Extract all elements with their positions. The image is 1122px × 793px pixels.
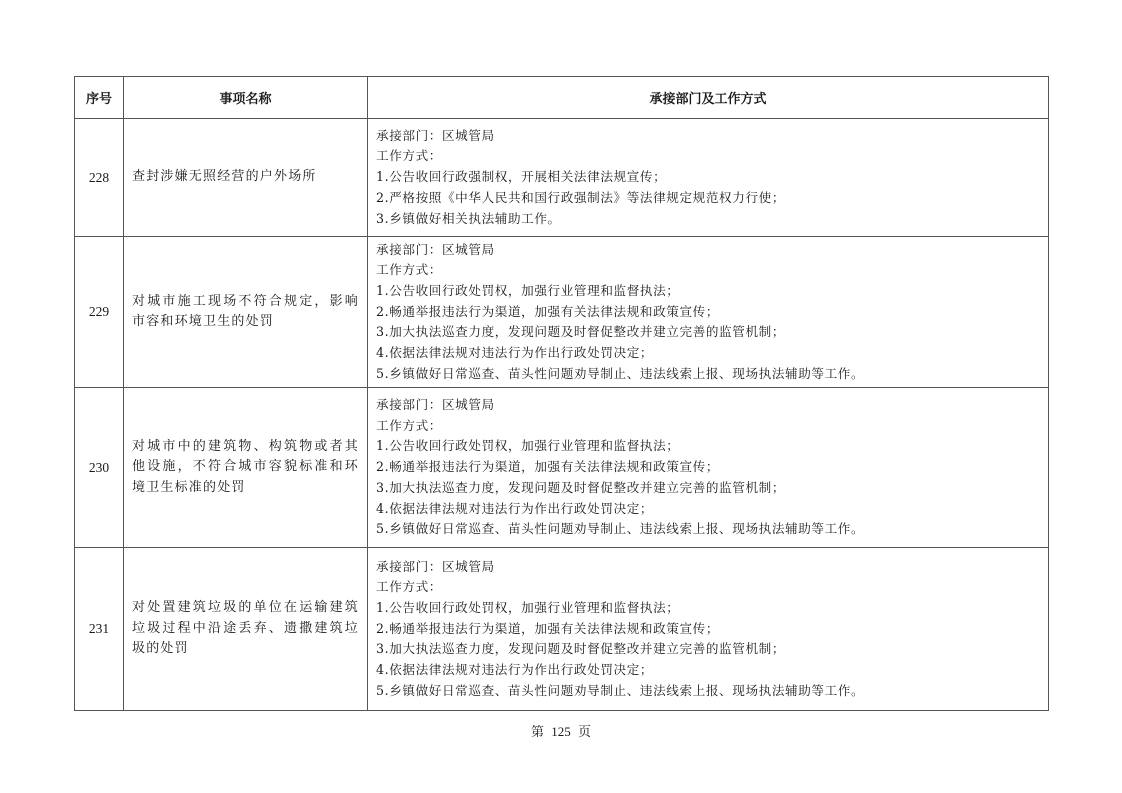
matter-name: 对城市中的建筑物、构筑物或者其他设施，不符合城市容貌标准和环境卫生标准的处罚 xyxy=(124,388,368,548)
department-line: 承接部门：区城管局 xyxy=(376,126,1048,147)
method-heading: 工作方式： xyxy=(376,577,1048,598)
method-item: 2.畅通举报违法行为渠道，加强有关法律法规和政策宣传； xyxy=(376,302,1048,323)
department-and-method: 承接部门：区城管局 工作方式： 1.公告收回行政处罚权，加强行业管理和监督执法；… xyxy=(368,548,1049,711)
serial-number: 230 xyxy=(75,388,124,548)
method-item: 1.公告收回行政处罚权，加强行业管理和监督执法； xyxy=(376,436,1048,457)
page-number: 第 125 页 xyxy=(0,721,1122,740)
matters-table: 序号 事项名称 承接部门及工作方式 228 查封涉嫌无照经营的户外场所 承接部门… xyxy=(74,76,1049,711)
method-item: 3.加大执法巡查力度，发现问题及时督促整改并建立完善的监管机制； xyxy=(376,639,1048,660)
method-item: 1.公告收回行政处罚权，加强行业管理和监督执法； xyxy=(376,598,1048,619)
table-row: 229 对城市施工现场不符合规定，影响市容和环境卫生的处罚 承接部门：区城管局 … xyxy=(75,237,1049,388)
table-row: 228 查封涉嫌无照经营的户外场所 承接部门：区城管局 工作方式： 1.公告收回… xyxy=(75,119,1049,237)
method-heading: 工作方式： xyxy=(376,260,1048,281)
method-item: 1.公告收回行政强制权，开展相关法律法规宣传； xyxy=(376,167,1048,188)
department-and-method: 承接部门：区城管局 工作方式： 1.公告收回行政处罚权，加强行业管理和监督执法；… xyxy=(368,237,1049,388)
department-and-method: 承接部门：区城管局 工作方式： 1.公告收回行政处罚权，加强行业管理和监督执法；… xyxy=(368,388,1049,548)
matter-name: 对城市施工现场不符合规定，影响市容和环境卫生的处罚 xyxy=(124,237,368,388)
department-line: 承接部门：区城管局 xyxy=(376,395,1048,416)
method-item: 2.畅通举报违法行为渠道，加强有关法律法规和政策宣传； xyxy=(376,457,1048,478)
table-row: 231 对处置建筑垃圾的单位在运输建筑垃圾过程中沿途丢弃、遗撒建筑垃圾的处罚 承… xyxy=(75,548,1049,711)
method-item: 3.乡镇做好相关执法辅助工作。 xyxy=(376,209,1048,230)
method-heading: 工作方式： xyxy=(376,146,1048,167)
header-serial-number: 序号 xyxy=(75,77,124,119)
method-item: 4.依据法律法规对违法行为作出行政处罚决定； xyxy=(376,499,1048,520)
table-row: 230 对城市中的建筑物、构筑物或者其他设施，不符合城市容貌标准和环境卫生标准的… xyxy=(75,388,1049,548)
department-line: 承接部门：区城管局 xyxy=(376,557,1048,578)
department-line: 承接部门：区城管局 xyxy=(376,240,1048,261)
serial-number: 229 xyxy=(75,237,124,388)
matter-name: 查封涉嫌无照经营的户外场所 xyxy=(124,119,368,237)
method-item: 4.依据法律法规对违法行为作出行政处罚决定； xyxy=(376,343,1048,364)
header-department-and-method: 承接部门及工作方式 xyxy=(368,77,1049,119)
department-and-method: 承接部门：区城管局 工作方式： 1.公告收回行政强制权，开展相关法律法规宣传； … xyxy=(368,119,1049,237)
serial-number: 228 xyxy=(75,119,124,237)
method-heading: 工作方式： xyxy=(376,416,1048,437)
method-item: 2.严格按照《中华人民共和国行政强制法》等法律规定规范权力行使； xyxy=(376,188,1048,209)
table-header-row: 序号 事项名称 承接部门及工作方式 xyxy=(75,77,1049,119)
method-item: 3.加大执法巡查力度，发现问题及时督促整改并建立完善的监管机制； xyxy=(376,322,1048,343)
method-item: 3.加大执法巡查力度，发现问题及时督促整改并建立完善的监管机制； xyxy=(376,478,1048,499)
matter-name: 对处置建筑垃圾的单位在运输建筑垃圾过程中沿途丢弃、遗撒建筑垃圾的处罚 xyxy=(124,548,368,711)
method-item: 5.乡镇做好日常巡查、苗头性问题劝导制止、违法线索上报、现场执法辅助等工作。 xyxy=(376,519,1048,540)
method-item: 4.依据法律法规对违法行为作出行政处罚决定； xyxy=(376,660,1048,681)
method-item: 1.公告收回行政处罚权，加强行业管理和监督执法； xyxy=(376,281,1048,302)
method-item: 2.畅通举报违法行为渠道，加强有关法律法规和政策宣传； xyxy=(376,619,1048,640)
method-item: 5.乡镇做好日常巡查、苗头性问题劝导制止、违法线索上报、现场执法辅助等工作。 xyxy=(376,681,1048,702)
serial-number: 231 xyxy=(75,548,124,711)
header-matter-name: 事项名称 xyxy=(124,77,368,119)
method-item: 5.乡镇做好日常巡查、苗头性问题劝导制止、违法线索上报、现场执法辅助等工作。 xyxy=(376,364,1048,385)
